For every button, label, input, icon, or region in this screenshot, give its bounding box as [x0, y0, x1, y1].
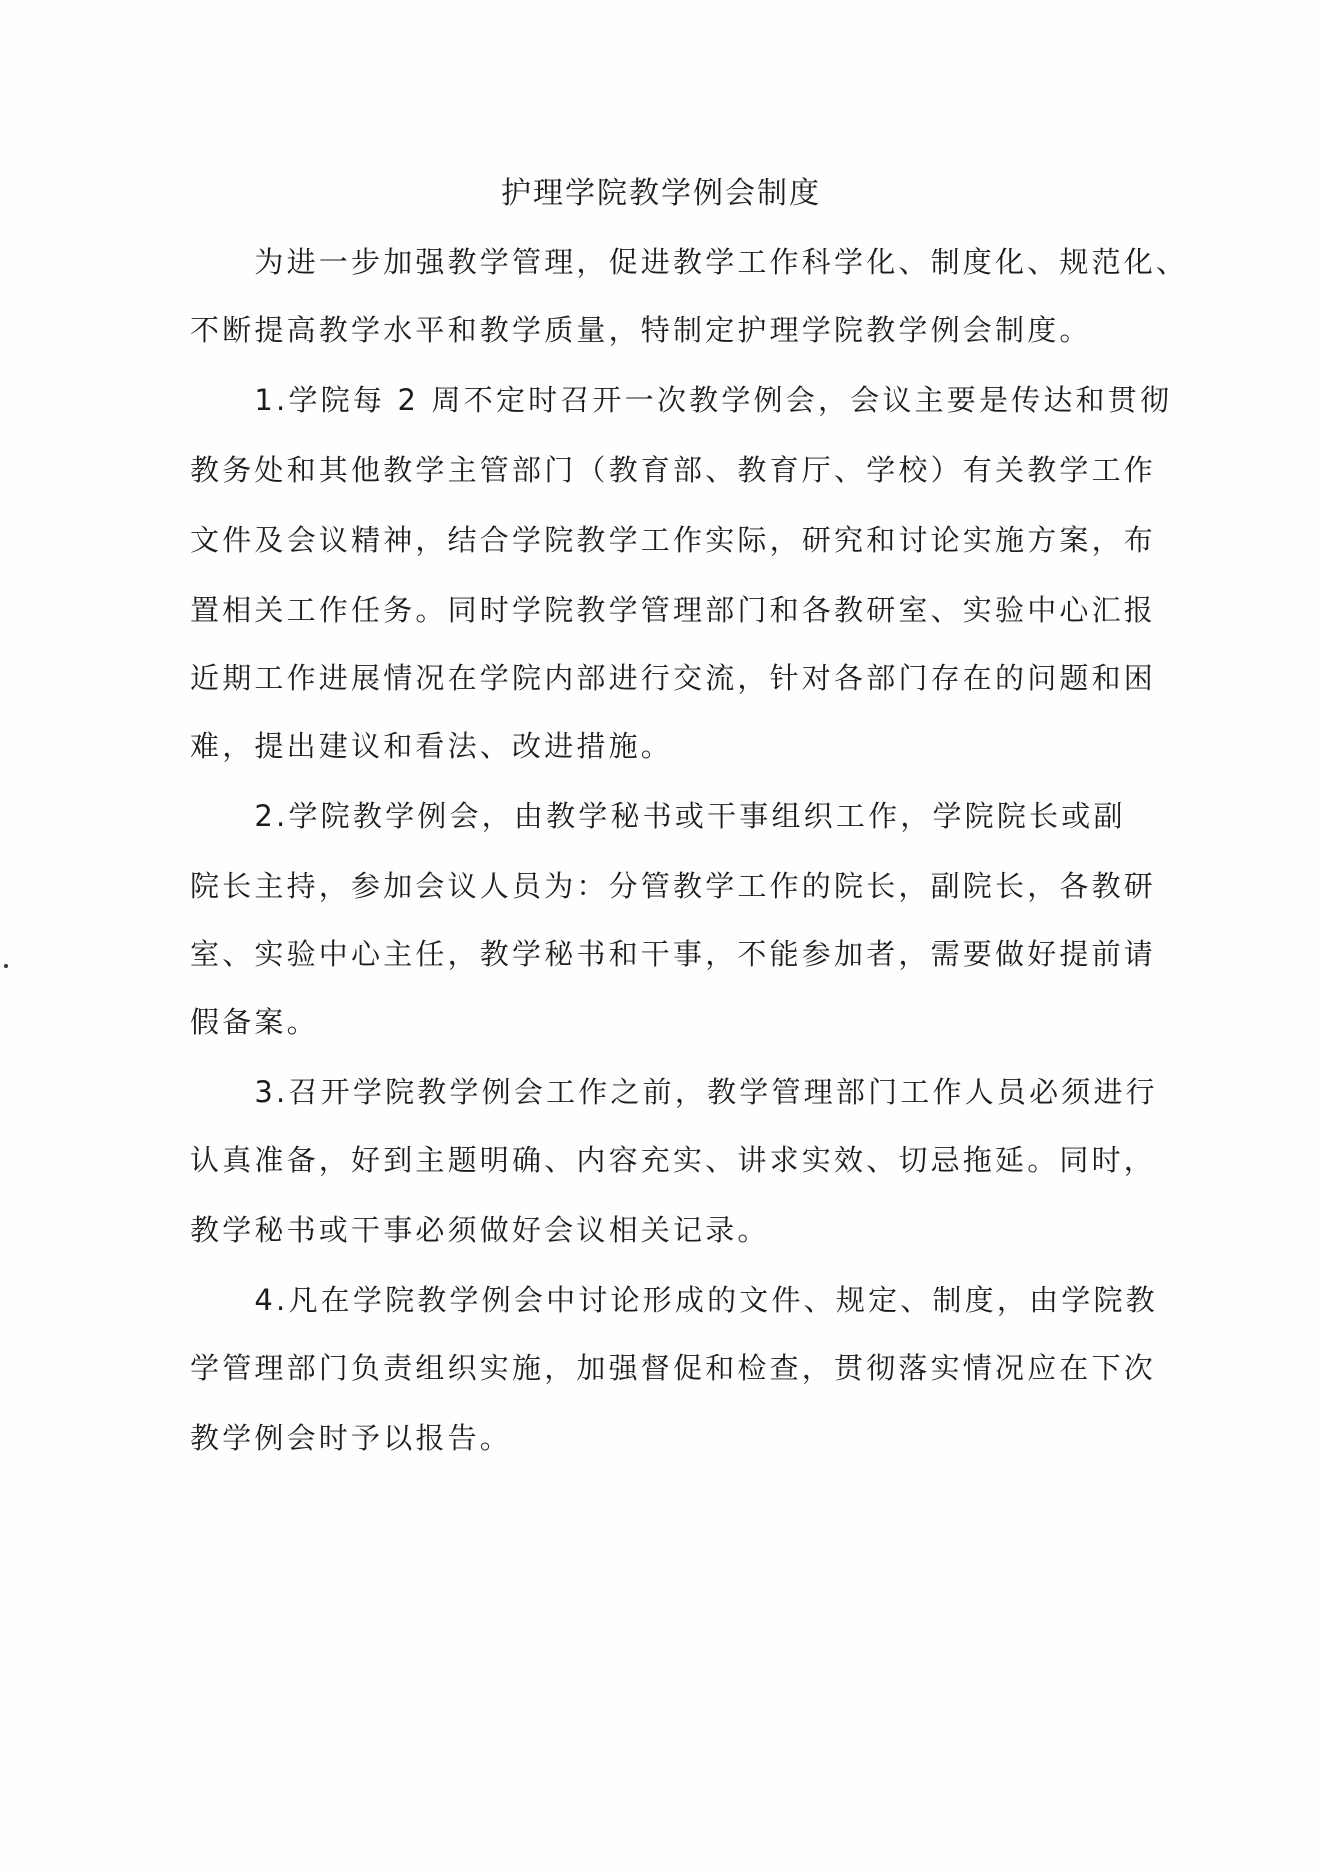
document-page: 护理学院教学例会制度 为进一步加强教学管理，促进教学工作科学化、制度化、规范化、… [0, 0, 1322, 1871]
paragraph-line: 室、实验中心主任，教学秘书和干事，不能参加者，需要做好提前请 [190, 932, 1156, 973]
paragraph-line: 院长主持，参加会议人员为：分管教学工作的院长，副院长，各教研 [190, 864, 1156, 905]
paragraph-line: 1.学院每 2 周不定时召开一次教学例会，会议主要是传达和贯彻 [190, 378, 1172, 419]
paragraph-line: 近期工作进展情况在学院内部进行交流，针对各部门存在的问题和困 [190, 656, 1156, 697]
scan-speck [4, 964, 8, 968]
paragraph-line: 学管理部门负责组织实施，加强督促和检查，贯彻落实情况应在下次 [190, 1346, 1156, 1387]
paragraph-line: 假备案。 [190, 1000, 319, 1041]
paragraph-line: 文件及会议精神，结合学院教学工作实际，研究和讨论实施方案，布 [190, 518, 1156, 559]
paragraph-line: 难，提出建议和看法、改进措施。 [190, 724, 673, 765]
paragraph-line: 教学例会时予以报告。 [190, 1416, 512, 1457]
paragraph-line: 2.学院教学例会，由教学秘书或干事组织工作，学院院长或副 [190, 794, 1126, 835]
paragraph-line: 教务处和其他教学主管部门（教育部、教育厅、学校）有关教学工作 [190, 448, 1156, 489]
paragraph-line: 3.召开学院教学例会工作之前，教学管理部门工作人员必须进行 [190, 1070, 1158, 1111]
paragraph-line: 教学秘书或干事必须做好会议相关记录。 [190, 1208, 770, 1249]
paragraph-line: 4.凡在学院教学例会中讨论形成的文件、规定、制度，由学院教 [190, 1278, 1158, 1319]
paragraph-line: 为进一步加强教学管理，促进教学工作科学化、制度化、规范化、 [190, 240, 1188, 281]
paragraph-line: 不断提高教学水平和教学质量，特制定护理学院教学例会制度。 [190, 308, 1092, 349]
paragraph-line: 认真准备，好到主题明确、内容充实、讲求实效、切忌拖延。同时， [190, 1138, 1156, 1179]
paragraph-line: 置相关工作任务。同时学院教学管理部门和各教研室、实验中心汇报 [190, 588, 1156, 629]
document-title: 护理学院教学例会制度 [0, 168, 1322, 212]
